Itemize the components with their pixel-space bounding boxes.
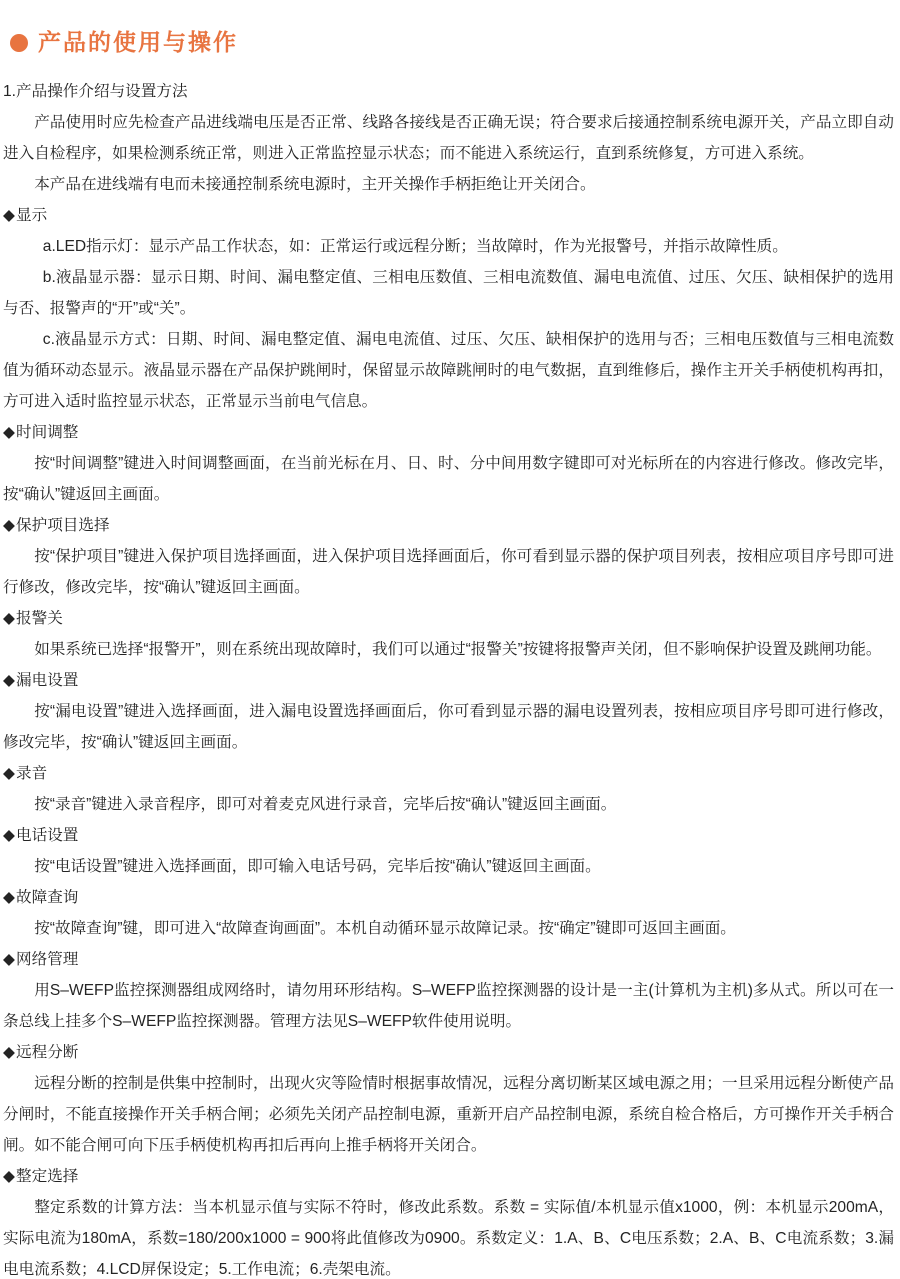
section-heading: ◆整定选择	[3, 1161, 894, 1192]
section-heading-label: 远程分断	[16, 1044, 78, 1061]
diamond-icon: ◆	[3, 889, 15, 906]
paragraph: 如果系统已选择“报警开”，则在系统出现故障时，我们可以通过“报警关”按键将报警声…	[3, 634, 894, 665]
diamond-icon: ◆	[3, 1168, 15, 1185]
paragraph: c.液晶显示方式：日期、时间、漏电整定值、漏电电流值、过压、欠压、缺相保护的选用…	[3, 324, 894, 417]
section-heading-label: 保护项目选择	[16, 517, 110, 534]
document-body: 1.产品操作介绍与设置方法产品使用时应先检查产品进线端电压是否正常、线路各接线是…	[0, 76, 900, 1279]
section-heading: ◆远程分断	[3, 1037, 894, 1068]
paragraph: 产品使用时应先检查产品进线端电压是否正常、线路各接线是否正确无误；符合要求后接通…	[3, 107, 894, 169]
section-heading: ◆保护项目选择	[3, 510, 894, 541]
section-heading-label: 录音	[16, 765, 47, 782]
diamond-icon: ◆	[3, 207, 15, 224]
paragraph: 整定系数的计算方法：当本机显示值与实际不符时，修改此系数。系数 = 实际值/本机…	[3, 1192, 894, 1279]
paragraph: 本产品在进线端有电而未接通控制系统电源时，主开关操作手柄拒绝让开关闭合。	[3, 169, 894, 200]
paragraph: 按“时间调整”键进入时间调整画面，在当前光标在月、日、时、分中间用数字键即可对光…	[3, 448, 894, 510]
paragraph: 按“漏电设置”键进入选择画面，进入漏电设置选择画面后，你可看到显示器的漏电设置列…	[3, 696, 894, 758]
diamond-icon: ◆	[3, 517, 15, 534]
paragraph: 按“录音”键进入录音程序，即可对着麦克风进行录音，完毕后按“确认”键返回主画面。	[3, 789, 894, 820]
section-heading: ◆显示	[3, 200, 894, 231]
diamond-icon: ◆	[3, 610, 15, 627]
section-heading-label: 故障查询	[16, 889, 78, 906]
paragraph: 远程分断的控制是供集中控制时，出现火灾等险情时根据事故情况，远程分离切断某区域电…	[3, 1068, 894, 1161]
section-heading: ◆漏电设置	[3, 665, 894, 696]
section-heading-label: 整定选择	[16, 1168, 78, 1185]
page-header: 产品的使用与操作	[0, 0, 900, 71]
diamond-icon: ◆	[3, 672, 15, 689]
section-heading-label: 时间调整	[16, 424, 78, 441]
paragraph: 按“保护项目”键进入保护项目选择画面，进入保护项目选择画面后，你可看到显示器的保…	[3, 541, 894, 603]
paragraph: 按“电话设置”键进入选择画面，即可输入电话号码，完毕后按“确认”键返回主画面。	[3, 851, 894, 882]
diamond-icon: ◆	[3, 951, 15, 968]
section-heading-label: 网络管理	[16, 951, 78, 968]
diamond-icon: ◆	[3, 1044, 15, 1061]
section-heading-label: 电话设置	[16, 827, 78, 844]
diamond-icon: ◆	[3, 827, 15, 844]
page-title: 产品的使用与操作	[38, 30, 238, 55]
numbered-heading: 1.产品操作介绍与设置方法	[3, 76, 894, 107]
paragraph: a.LED指示灯：显示产品工作状态，如：正常运行或远程分断；当故障时，作为光报警…	[3, 231, 894, 262]
section-heading: ◆录音	[3, 758, 894, 789]
section-heading-label: 显示	[16, 207, 47, 224]
section-heading: ◆故障查询	[3, 882, 894, 913]
paragraph: 按“故障查询”键，即可进入“故障查询画面”。本机自动循环显示故障记录。按“确定”…	[3, 913, 894, 944]
section-heading-label: 报警关	[16, 610, 63, 627]
section-heading: ◆网络管理	[3, 944, 894, 975]
section-heading: ◆电话设置	[3, 820, 894, 851]
section-heading: ◆报警关	[3, 603, 894, 634]
diamond-icon: ◆	[3, 765, 15, 782]
paragraph: 用S–WEFP监控探测器组成网络时，请勿用环形结构。S–WEFP监控探测器的设计…	[3, 975, 894, 1037]
manual-page: { "page": { "title": "产品的使用与操作", "accent…	[0, 0, 900, 1279]
section-heading-label: 漏电设置	[16, 672, 78, 689]
orange-bullet-icon	[10, 34, 28, 52]
paragraph: b.液晶显示器：显示日期、时间、漏电整定值、三相电压数值、三相电流数值、漏电电流…	[3, 262, 894, 324]
section-heading: ◆时间调整	[3, 417, 894, 448]
diamond-icon: ◆	[3, 424, 15, 441]
